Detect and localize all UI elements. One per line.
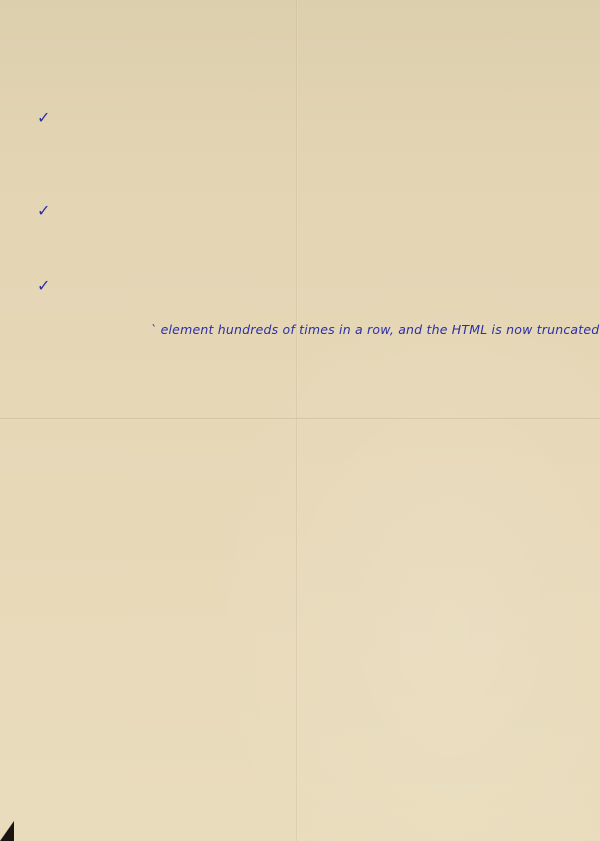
checkmark-icon: ✓	[37, 201, 50, 220]
paper-sheet	[0, 0, 600, 841]
torn-corner	[0, 815, 14, 841]
horizontal-fold-line	[0, 418, 600, 420]
handw Stop — I ended up writing the same empty `<div class=: ` element hundreds of times in a row, an…	[150, 322, 600, 337]
checkmark-icon: ✓	[37, 276, 50, 295]
vertical-fold-line	[296, 0, 298, 841]
checkmark-icon: ✓	[37, 108, 50, 127]
